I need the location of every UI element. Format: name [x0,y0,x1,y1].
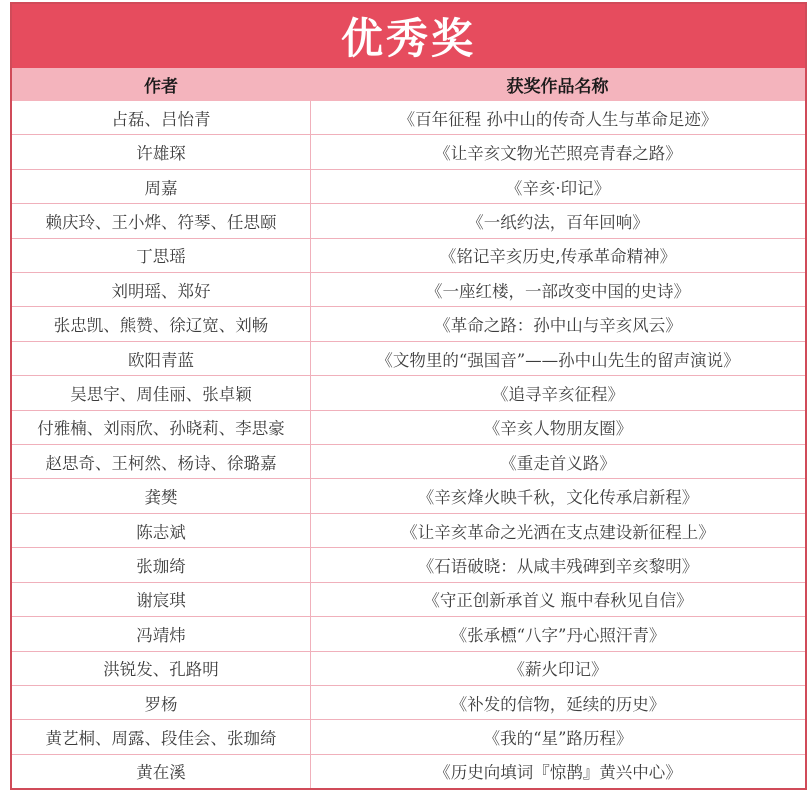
table-row: 冯靖炜 《张承槱“八字”丹心照汗青》 [12,616,805,650]
author-cell: 吴思宇、周佳丽、张卓颖 [12,376,310,409]
author-cell: 许雄琛 [12,135,310,168]
table-row: 张忠凯、熊赞、徐辽宽、刘畅 《革命之路：孙中山与辛亥风云》 [12,306,805,340]
author-cell: 罗杨 [12,686,310,719]
work-cell: 《守正创新承首义 瓶中春秋见自信》 [310,583,805,616]
author-cell: 欧阳青蓝 [12,342,310,375]
author-cell: 张忠凯、熊赞、徐辽宽、刘畅 [12,307,310,340]
table-row: 黄艺桐、周露、段佳会、张珈绮 《我的“星”路历程》 [12,719,805,753]
author-cell: 冯靖炜 [12,617,310,650]
table-row: 丁思瑶 《铭记辛亥历史,传承革命精神》 [12,238,805,272]
author-cell: 赖庆玲、王小烨、符琴、任思颐 [12,204,310,237]
author-cell: 丁思瑶 [12,239,310,272]
work-cell: 《追寻辛亥征程》 [310,376,805,409]
table-row: 许雄琛 《让辛亥文物光芒照亮青春之路》 [12,134,805,168]
table-row: 欧阳青蓝 《文物里的“强国音”——孙中山先生的留声演说》 [12,341,805,375]
author-cell: 龚樊 [12,479,310,512]
author-cell: 张珈绮 [12,548,310,581]
table-header-row: 作者 获奖作品名称 [12,68,805,101]
work-cell: 《文物里的“强国音”——孙中山先生的留声演说》 [310,342,805,375]
table-title: 优秀奖 [12,4,805,68]
table-row: 赵思奇、王柯然、杨诗、徐璐嘉 《重走首义路》 [12,444,805,478]
author-cell: 黄在溪 [12,755,310,788]
work-cell: 《辛亥·印记》 [310,170,805,203]
author-cell: 占磊、吕怡青 [12,101,310,134]
work-cell: 《革命之路：孙中山与辛亥风云》 [310,307,805,340]
award-table: 优秀奖 作者 获奖作品名称 占磊、吕怡青 《百年征程 孙中山的传奇人生与革命足迹… [10,2,807,790]
table-row: 付雅楠、刘雨欣、孙晓莉、李思豪 《辛亥人物朋友圈》 [12,410,805,444]
work-cell: 《百年征程 孙中山的传奇人生与革命足迹》 [310,101,805,134]
author-cell: 周嘉 [12,170,310,203]
work-cell: 《补发的信物，延续的历史》 [310,686,805,719]
table-row: 占磊、吕怡青 《百年征程 孙中山的传奇人生与革命足迹》 [12,101,805,134]
table-row: 洪锐发、孔路明 《薪火印记》 [12,651,805,685]
work-cell: 《一纸约法，百年回响》 [310,204,805,237]
work-cell: 《历史向填词『惊鹊』黄兴中心》 [310,755,805,788]
work-cell: 《辛亥人物朋友圈》 [310,411,805,444]
author-cell: 付雅楠、刘雨欣、孙晓莉、李思豪 [12,411,310,444]
table-row: 黄在溪 《历史向填词『惊鹊』黄兴中心》 [12,754,805,788]
column-header-author: 作者 [12,68,310,101]
author-cell: 洪锐发、孔路明 [12,652,310,685]
table-row: 张珈绮 《石语破晓：从咸丰残碑到辛亥黎明》 [12,547,805,581]
work-cell: 《让辛亥革命之光洒在支点建设新征程上》 [310,514,805,547]
table-row: 陈志斌 《让辛亥革命之光洒在支点建设新征程上》 [12,513,805,547]
work-cell: 《重走首义路》 [310,445,805,478]
work-cell: 《一座红楼，一部改变中国的史诗》 [310,273,805,306]
work-cell: 《石语破晓：从咸丰残碑到辛亥黎明》 [310,548,805,581]
work-cell: 《我的“星”路历程》 [310,720,805,753]
author-cell: 黄艺桐、周露、段佳会、张珈绮 [12,720,310,753]
work-cell: 《张承槱“八字”丹心照汗青》 [310,617,805,650]
author-cell: 谢宸琪 [12,583,310,616]
work-cell: 《辛亥烽火映千秋，文化传承启新程》 [310,479,805,512]
table-row: 赖庆玲、王小烨、符琴、任思颐 《一纸约法，百年回响》 [12,203,805,237]
work-cell: 《让辛亥文物光芒照亮青春之路》 [310,135,805,168]
author-cell: 陈志斌 [12,514,310,547]
table-row: 龚樊 《辛亥烽火映千秋，文化传承启新程》 [12,478,805,512]
work-cell: 《铭记辛亥历史,传承革命精神》 [310,239,805,272]
author-cell: 刘明瑶、郑好 [12,273,310,306]
column-header-work: 获奖作品名称 [310,68,805,101]
work-cell: 《薪火印记》 [310,652,805,685]
author-cell: 赵思奇、王柯然、杨诗、徐璐嘉 [12,445,310,478]
table-row: 刘明瑶、郑好 《一座红楼，一部改变中国的史诗》 [12,272,805,306]
table-row: 罗杨 《补发的信物，延续的历史》 [12,685,805,719]
table-body: 占磊、吕怡青 《百年征程 孙中山的传奇人生与革命足迹》 许雄琛 《让辛亥文物光芒… [12,101,805,788]
table-row: 谢宸琪 《守正创新承首义 瓶中春秋见自信》 [12,582,805,616]
table-row: 周嘉 《辛亥·印记》 [12,169,805,203]
table-row: 吴思宇、周佳丽、张卓颖 《追寻辛亥征程》 [12,375,805,409]
